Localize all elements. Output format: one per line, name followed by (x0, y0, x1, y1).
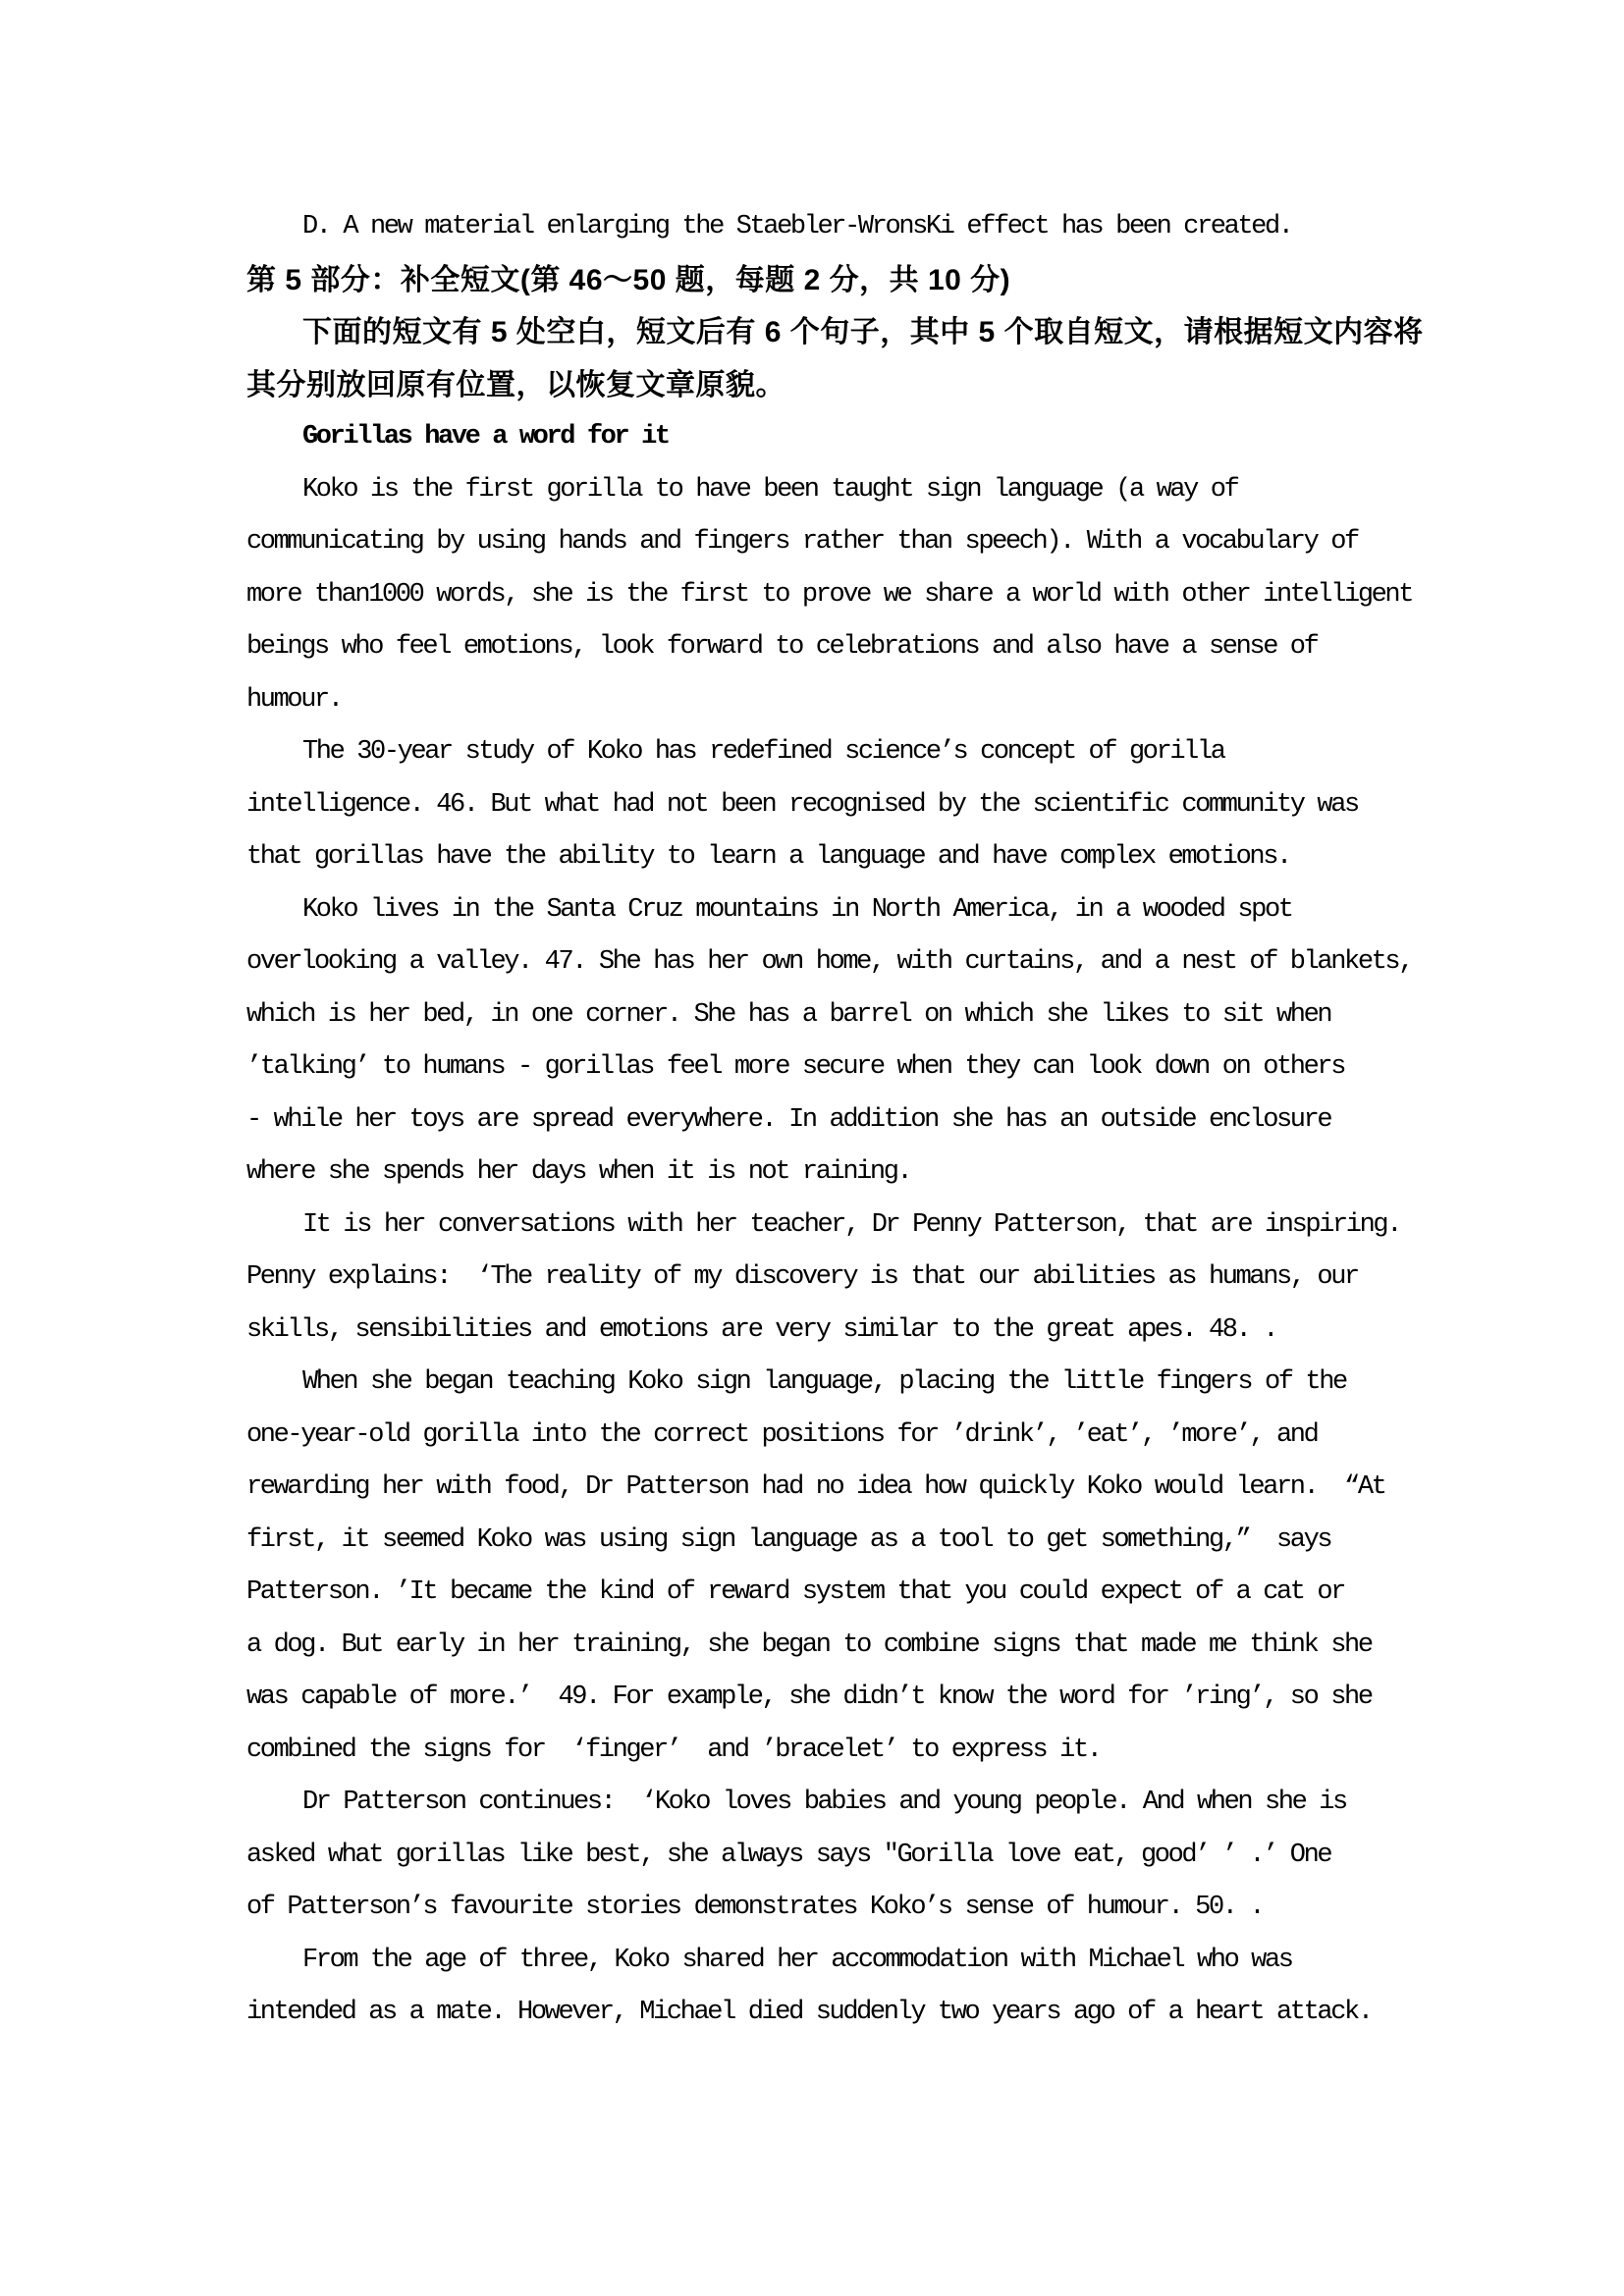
paragraph: Dr Patterson continues: ‘Koko loves babi… (246, 1777, 1405, 1935)
section-heading: 第 5 部分：补全短文(第 46～50 题，每题 2 分，共 10 分) (246, 254, 1405, 307)
text-line: where she spends her days when it is not… (246, 1147, 1405, 1200)
text-line: intended as a mate. However, Michael die… (246, 1987, 1405, 2040)
paragraph: Koko lives in the Santa Cruz mountains i… (246, 884, 1405, 1200)
text-line: Dr Patterson continues: ‘Koko loves babi… (246, 1777, 1405, 1830)
text-line: was capable of more.’ 49. For example, s… (246, 1672, 1405, 1725)
paragraph: The 30-year study of Koko has redefined … (246, 726, 1405, 884)
text-line: When she began teaching Koko sign langua… (246, 1357, 1405, 1410)
text-line: humour. (246, 674, 1405, 727)
text-line: combined the signs for ‘finger’ and ’bra… (246, 1725, 1405, 1778)
instructions-paragraph: 下面的短文有 5 处空白，短文后有 6 个句子，其中 5 个取自短文，请根据短文… (246, 306, 1405, 411)
text-line: Koko lives in the Santa Cruz mountains i… (246, 884, 1405, 937)
text-line: Penny explains: ‘The reality of my disco… (246, 1252, 1405, 1305)
document-page: D. A new material enlarging the Staebler… (246, 201, 1405, 2040)
text-line: a dog. But early in her training, she be… (246, 1620, 1405, 1673)
text-line: overlooking a valley. 47. She has her ow… (246, 936, 1405, 989)
text-line: It is her conversations with her teacher… (246, 1200, 1405, 1253)
option-d-line: D. A new material enlarging the Staebler… (246, 201, 1405, 254)
paragraph: Koko is the first gorilla to have been t… (246, 464, 1405, 727)
text-line: The 30-year study of Koko has redefined … (246, 726, 1405, 779)
text-line: that gorillas have the ability to learn … (246, 831, 1405, 884)
text-line: From the age of three, Koko shared her a… (246, 1935, 1405, 1988)
text-line: rewarding her with food, Dr Patterson ha… (246, 1462, 1405, 1515)
text-line: first, it seemed Koko was using sign lan… (246, 1515, 1405, 1568)
text-line: Koko is the first gorilla to have been t… (246, 464, 1405, 517)
text-line: asked what gorillas like best, she alway… (246, 1830, 1405, 1883)
text-line: communicating by using hands and fingers… (246, 516, 1405, 569)
text-line: more than1000 words, she is the first to… (246, 569, 1405, 622)
instructions-line: 下面的短文有 5 处空白，短文后有 6 个句子，其中 5 个取自短文，请根据短文… (246, 306, 1405, 359)
paragraph: When she began teaching Koko sign langua… (246, 1357, 1405, 1777)
text-line: one-year-old gorilla into the correct po… (246, 1410, 1405, 1463)
text-line: Patterson. ’It became the kind of reward… (246, 1567, 1405, 1620)
paragraph: It is her conversations with her teacher… (246, 1200, 1405, 1358)
passage-title: Gorillas have a word for it (246, 411, 1405, 464)
text-line: intelligence. 46. But what had not been … (246, 779, 1405, 832)
text-line: ’talking’ to humans - gorillas feel more… (246, 1041, 1405, 1095)
text-line: beings who feel emotions, look forward t… (246, 621, 1405, 674)
paragraph: From the age of three, Koko shared her a… (246, 1935, 1405, 2040)
text-line: which is her bed, in one corner. She has… (246, 989, 1405, 1042)
text-line: of Patterson’s favourite stories demonst… (246, 1882, 1405, 1935)
text-line: skills, sensibilities and emotions are v… (246, 1305, 1405, 1358)
text-line: - while her toys are spread everywhere. … (246, 1095, 1405, 1148)
instructions-line: 其分别放回原有位置，以恢复文章原貌。 (246, 359, 1405, 412)
